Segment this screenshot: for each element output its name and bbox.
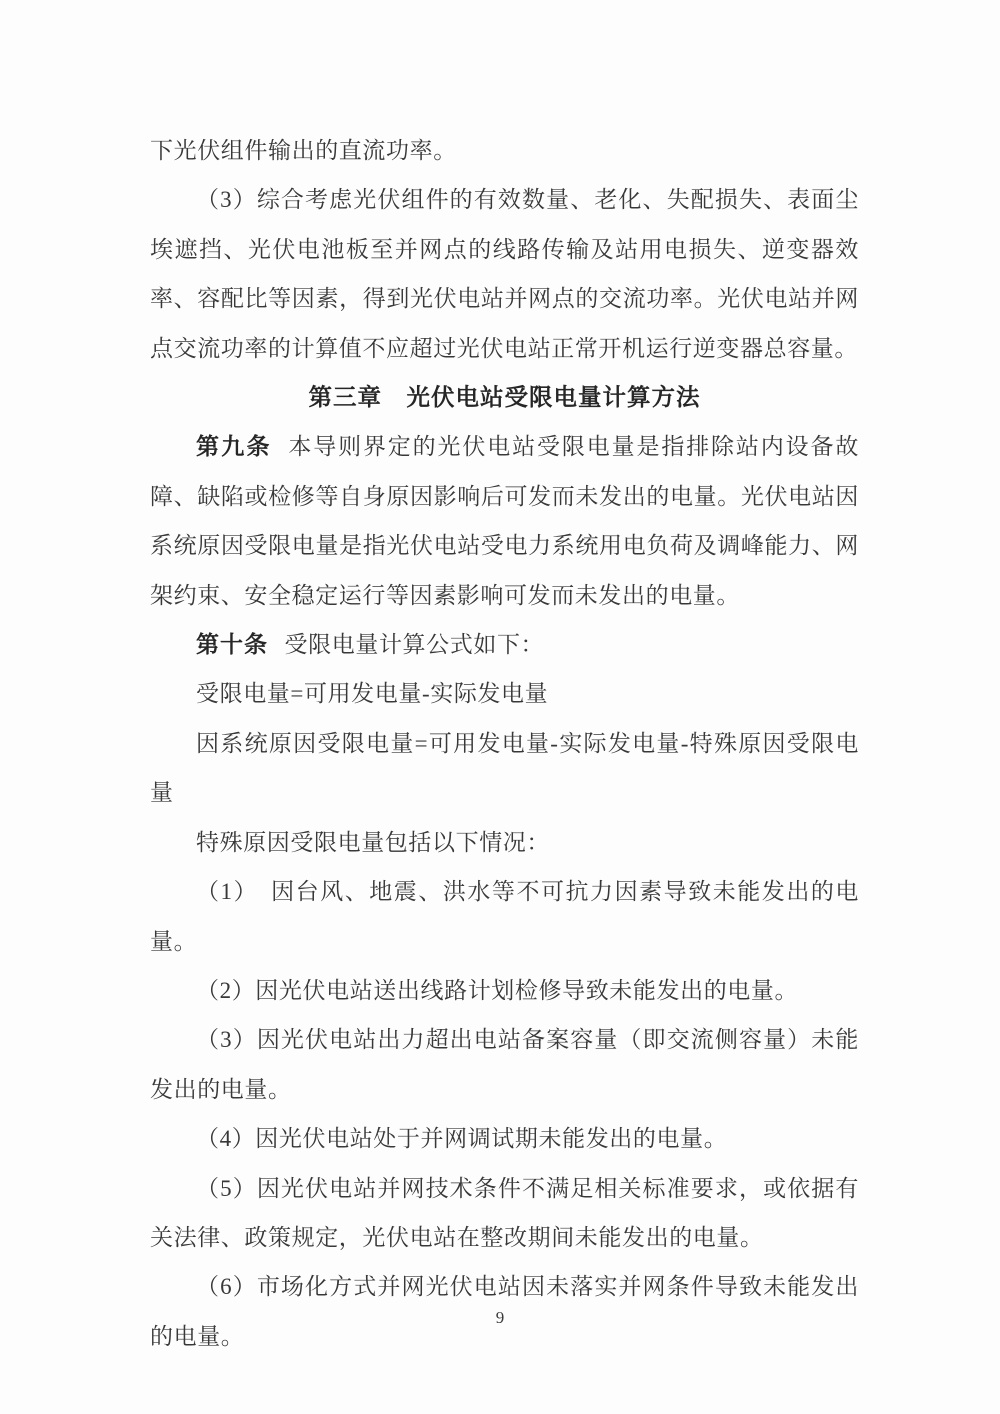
special-cases-intro: 特殊原因受限电量包括以下情况： (150, 818, 859, 867)
document-content: 下光伏组件输出的直流功率。 （3）综合考虑光伏组件的有效数量、老化、失配损失、表… (150, 126, 859, 1361)
special-case-item-1: （1） 因台风、地震、洪水等不可抗力因素导致未能发出的电量。 (150, 867, 859, 966)
special-case-item-4: （4）因光伏电站处于并网调试期未能发出的电量。 (150, 1114, 859, 1163)
article-10-text: 受限电量计算公式如下： (285, 632, 545, 657)
paragraph-article-9: 第九条本导则界定的光伏电站受限电量是指排除站内设备故障、缺陷或检修等自身原因影响… (150, 422, 859, 620)
article-10-label: 第十条 (196, 631, 268, 657)
article-9-label: 第九条 (196, 433, 272, 459)
article-9-text: 本导则界定的光伏电站受限电量是指排除站内设备故障、缺陷或检修等自身原因影响后可发… (150, 434, 859, 607)
special-case-item-5: （5）因光伏电站并网技术条件不满足相关标准要求，或依据有关法律、政策规定，光伏电… (150, 1164, 859, 1263)
special-case-item-3: （3）因光伏电站出力超出电站备案容量（即交流侧容量）未能发出的电量。 (150, 1015, 859, 1114)
document-page: 下光伏组件输出的直流功率。 （3）综合考虑光伏组件的有效数量、老化、失配损失、表… (0, 0, 1000, 1414)
paragraph-continuation: 下光伏组件输出的直流功率。 (150, 126, 859, 175)
formula-system-limited-energy: 因系统原因受限电量=可用发电量-实际发电量-特殊原因受限电量 (150, 719, 859, 818)
paragraph-ac-power: （3）综合考虑光伏组件的有效数量、老化、失配损失、表面尘埃遮挡、光伏电池板至并网… (150, 175, 859, 373)
chapter-heading: 第三章 光伏电站受限电量计算方法 (150, 373, 859, 422)
formula-limited-energy: 受限电量=可用发电量-实际发电量 (150, 669, 859, 718)
page-number: 9 (0, 1308, 1000, 1328)
special-case-item-2: （2）因光伏电站送出线路计划检修导致未能发出的电量。 (150, 966, 859, 1015)
paragraph-article-10: 第十条受限电量计算公式如下： (150, 620, 859, 669)
